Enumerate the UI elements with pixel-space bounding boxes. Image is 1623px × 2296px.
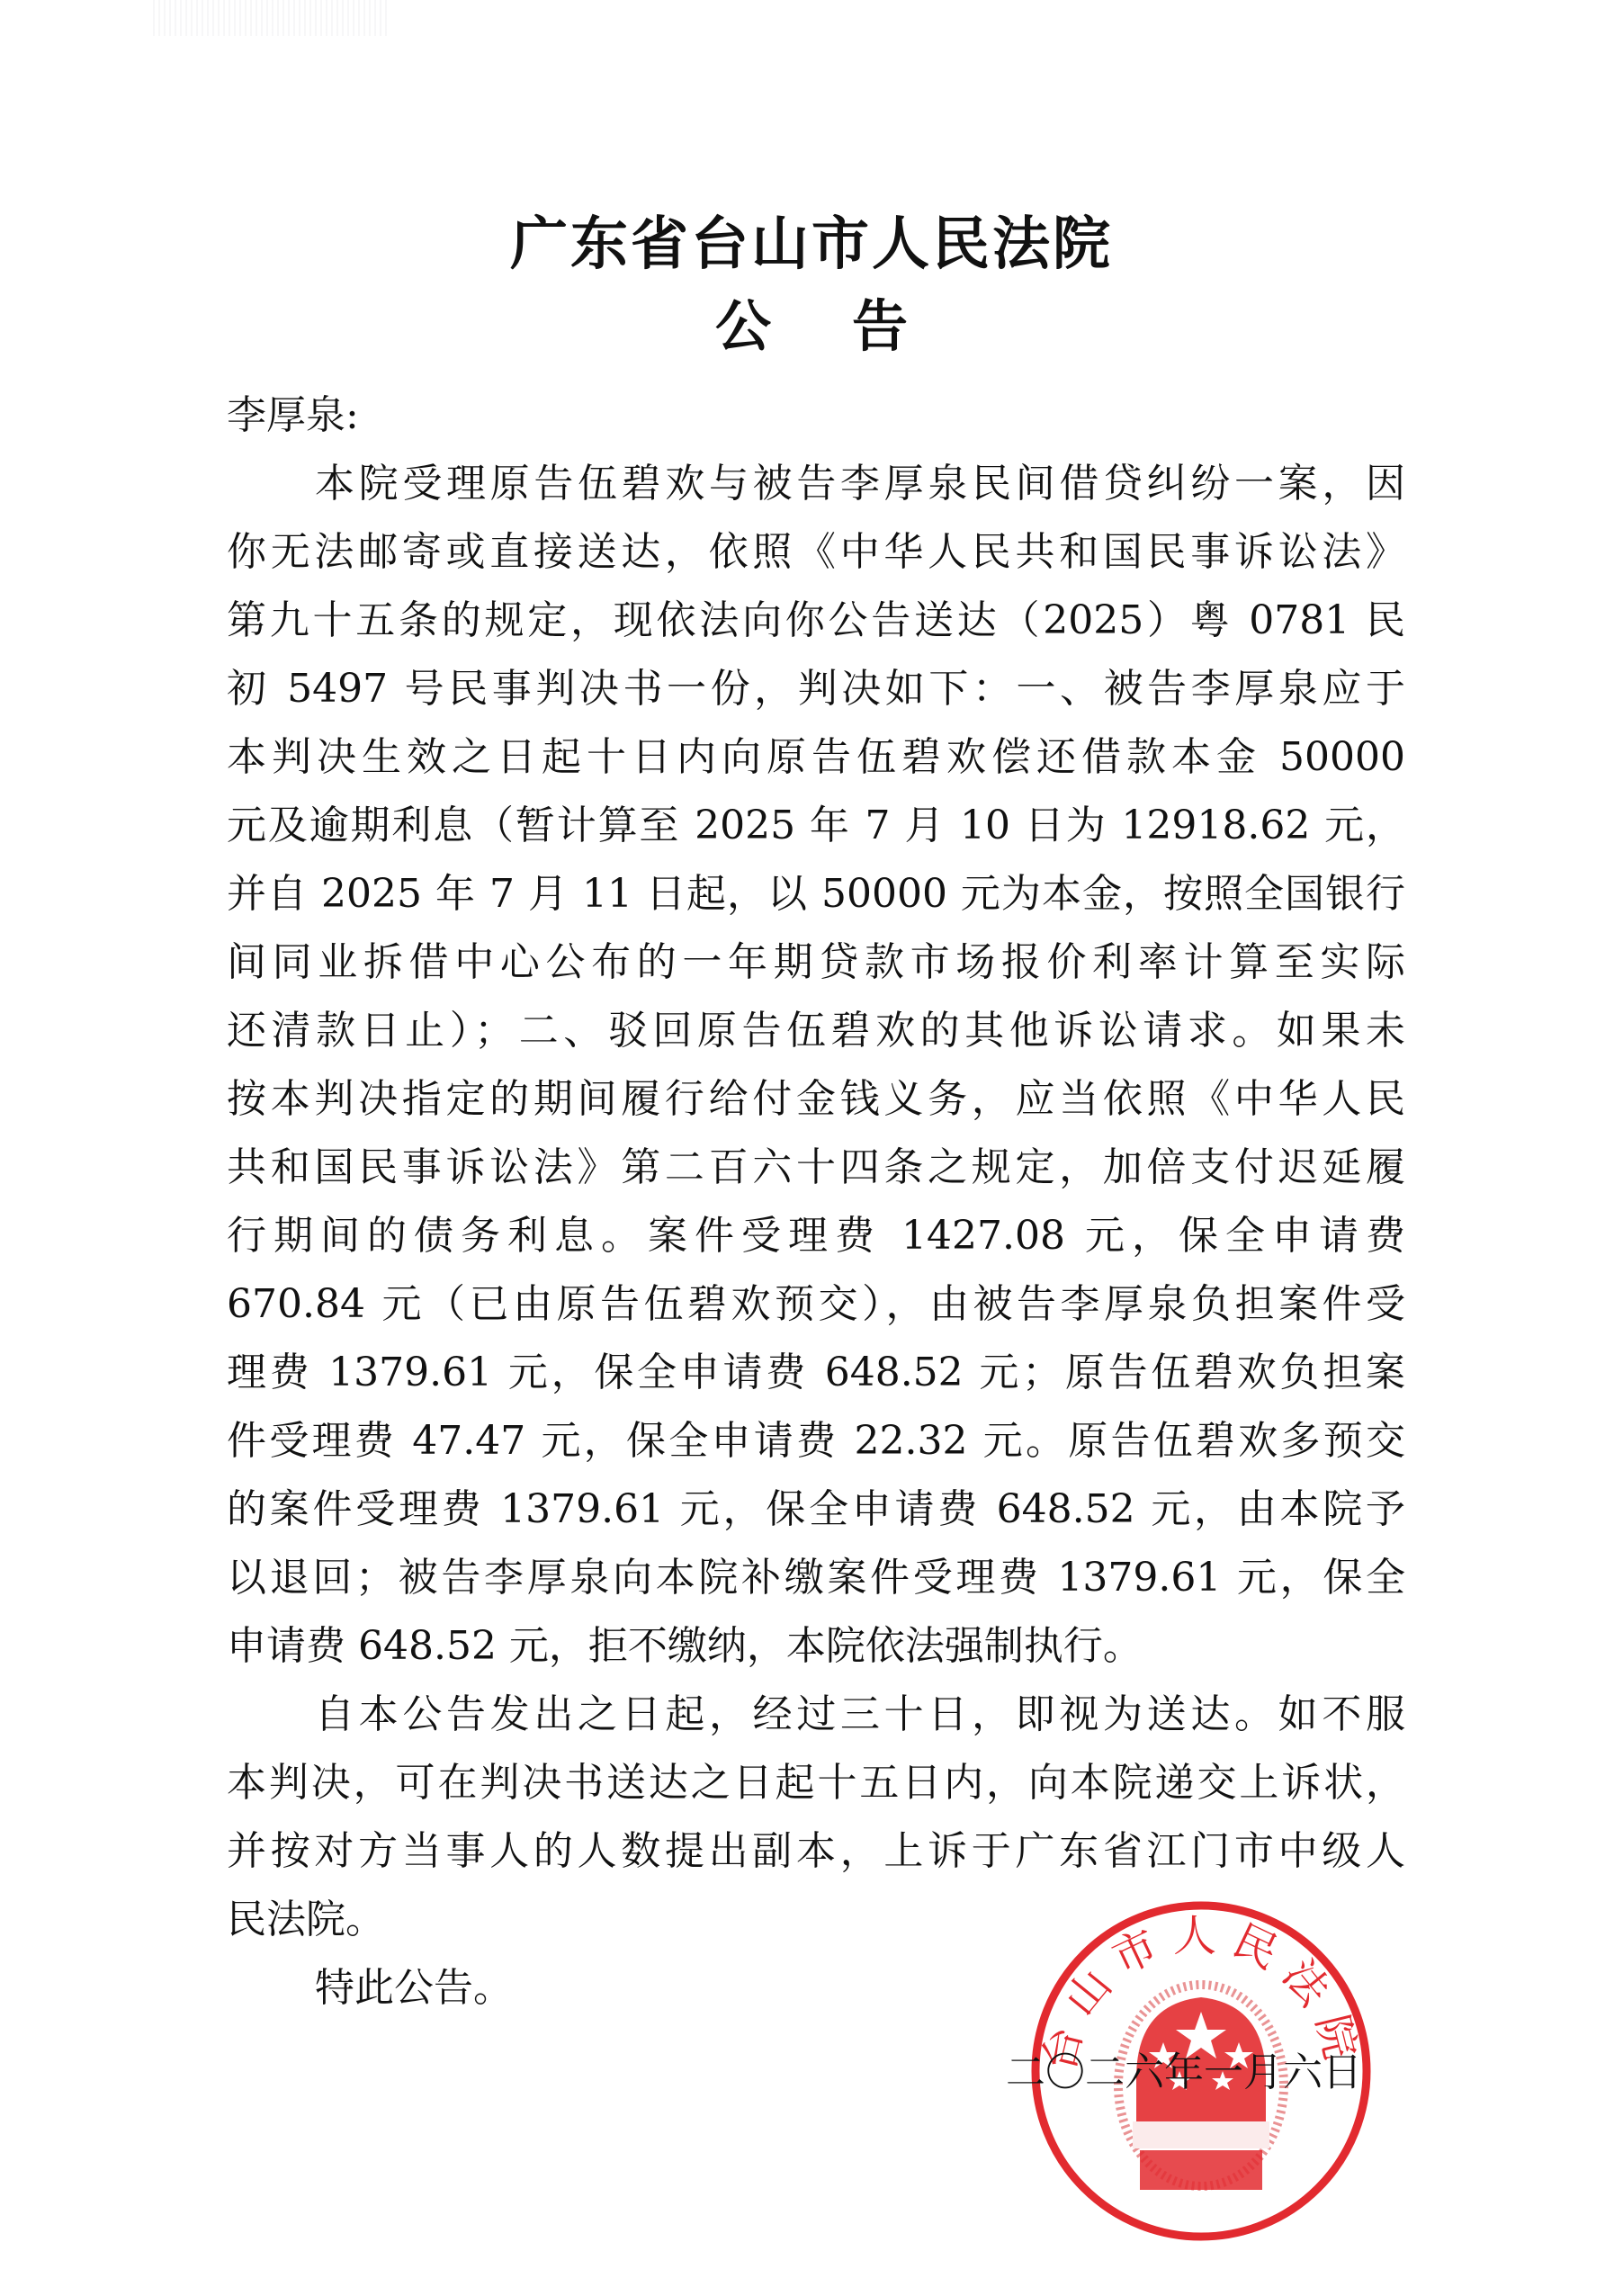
- paragraph-line: 件受理费 47.47 元，保全申请费 22.32 元。原告伍碧欢多预交: [227, 1407, 1405, 1475]
- paragraph-line: 本判决，可在判决书送达之日起十五日内，向本院递交上诉状，: [227, 1749, 1405, 1817]
- court-name-title: 广东省台山市人民法院: [0, 212, 1623, 277]
- paragraph-line: 的案件受理费 1379.61 元，保全申请费 648.52 元，由本院予: [227, 1475, 1405, 1544]
- paragraph-line: 本判决生效之日起十日内向原告伍碧欢偿还借款本金 50000: [227, 723, 1405, 792]
- scan-artifact: [153, 0, 387, 36]
- notice-heading-char-2: 告: [852, 293, 908, 359]
- notice-heading-char-1: 公: [715, 293, 771, 359]
- paragraph-line: 行期间的债务利息。案件受理费 1427.08 元，保全申请费: [227, 1202, 1405, 1270]
- addressee: 李厚泉:: [227, 381, 1405, 450]
- court-notice-page: 广东省台山市人民法院 公告 李厚泉: 本院受理原告伍碧欢与被告李厚泉民间借贷纠纷…: [0, 0, 1623, 2296]
- judgment-paragraph: 本院受理原告伍碧欢与被告李厚泉民间借贷纠纷一案，因 你无法邮寄或直接送达，依照《…: [227, 450, 1405, 1681]
- paragraph-line: 自本公告发出之日起，经过三十日，即视为送达。如不服: [227, 1681, 1405, 1749]
- notice-body: 李厚泉: 本院受理原告伍碧欢与被告李厚泉民间借贷纠纷一案，因 你无法邮寄或直接送…: [227, 381, 1405, 2022]
- notice-heading: 公告: [0, 295, 1623, 358]
- paragraph-line: 理费 1379.61 元，保全申请费 648.52 元；原告伍碧欢负担案: [227, 1339, 1405, 1407]
- paragraph-line: 本院受理原告伍碧欢与被告李厚泉民间借贷纠纷一案，因: [227, 450, 1405, 518]
- paragraph-line: 第九十五条的规定，现依法向你公告送达（2025）粤 0781 民: [227, 587, 1405, 655]
- paragraph-line: 申请费 648.52 元，拒不缴纳，本院依法强制执行。: [227, 1612, 1405, 1681]
- paragraph-line: 按本判决指定的期间履行给付金钱义务，应当依照《中华人民: [227, 1065, 1405, 1134]
- paragraph-line: 670.84 元（已由原告伍碧欢预交），由被告李厚泉负担案件受: [227, 1270, 1405, 1339]
- paragraph-line: 你无法邮寄或直接送达，依照《中华人民共和国民事诉讼法》: [227, 518, 1405, 587]
- paragraph-line: 并自 2025 年 7 月 11 日起，以 50000 元为本金，按照全国银行: [227, 860, 1405, 928]
- paragraph-line: 初 5497 号民事判决书一份，判决如下：一、被告李厚泉应于: [227, 655, 1405, 723]
- paragraph-line: 并按对方当事人的人数提出副本，上诉于广东省江门市中级人: [227, 1817, 1405, 1886]
- paragraph-line: 间同业拆借中心公布的一年期贷款市场报价利率计算至实际: [227, 928, 1405, 997]
- paragraph-line: 共和国民事诉讼法》第二百六十四条之规定，加倍支付迟延履: [227, 1134, 1405, 1202]
- notice-date: 二〇二六年一月六日: [1006, 2046, 1362, 2100]
- paragraph-line: 还清款日止）；二、驳回原告伍碧欢的其他诉讼请求。如果未: [227, 997, 1405, 1065]
- paragraph-line: 元及逾期利息（暂计算至 2025 年 7 月 10 日为 12918.62 元，: [227, 792, 1405, 860]
- paragraph-line: 以退回；被告李厚泉向本院补缴案件受理费 1379.61 元，保全: [227, 1544, 1405, 1612]
